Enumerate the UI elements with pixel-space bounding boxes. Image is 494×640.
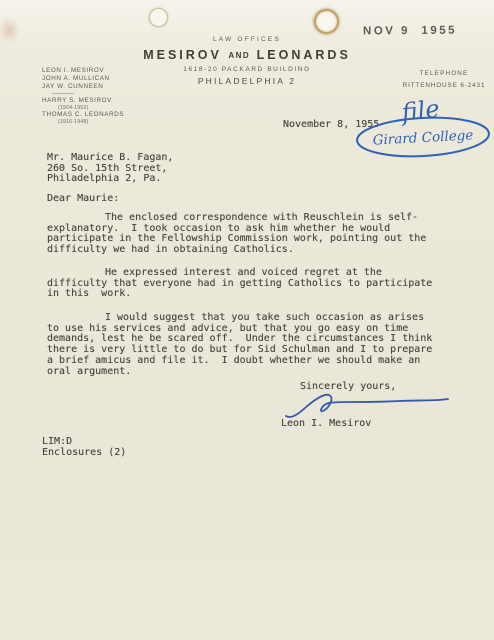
punch-hole xyxy=(314,9,339,34)
firm-name-and: AND xyxy=(228,51,250,60)
handwritten-file-note: file xyxy=(398,94,441,127)
letterhead: LAW OFFICES MESIROV AND LEONARDS 1618-20… xyxy=(132,36,362,86)
paragraph: He expressed interest and voiced regret … xyxy=(47,268,471,300)
signature-stroke xyxy=(286,395,448,417)
firm-city: PHILADELPHIA 2 xyxy=(132,76,362,86)
firm-address: 1618-20 PACKARD BUILDING xyxy=(132,66,362,73)
paragraph: The enclosed correspondence with Reuschl… xyxy=(47,213,471,256)
handwritten-annotation: file Girard College xyxy=(340,84,494,170)
handwritten-circled-note: Girard College xyxy=(372,127,473,148)
firm-name: MESIROV AND LEONARDS xyxy=(132,48,362,62)
telephone-label: TELEPHONE xyxy=(396,70,492,77)
salutation: Dear Maurie: xyxy=(47,194,119,205)
attorney-name: JOHN A. MULLICAN xyxy=(42,75,124,83)
paragraph: I would suggest that you take such occas… xyxy=(47,313,471,377)
firm-name-part2: LEONARDS xyxy=(257,48,351,62)
corner-smudge xyxy=(0,12,24,48)
firm-name-part1: MESIROV xyxy=(143,48,222,62)
attorney-name: HARRY S. MESIROV xyxy=(42,97,124,105)
divider xyxy=(52,93,74,94)
scanned-letter-page: NOV 9 1955 LAW OFFICES MESIROV AND LEONA… xyxy=(0,0,494,640)
signature-name: Leon I. Mesirov xyxy=(281,419,371,430)
attorney-name: LEON I. MESIROV xyxy=(42,67,124,75)
enclosures-note: Enclosures (2) xyxy=(42,448,126,459)
attorney-name: JAY W. CUNNEEN xyxy=(42,83,124,91)
recipient-address: Mr. Maurice B. Fagan, 260 So. 15th Stree… xyxy=(47,153,173,185)
punch-hole xyxy=(149,8,168,27)
attorney-list: LEON I. MESIROV JOHN A. MULLICAN JAY W. … xyxy=(42,67,124,125)
attorney-name: THOMAS C. LEONARDS xyxy=(42,111,124,119)
attorney-years: (1916-1948) xyxy=(42,119,124,125)
law-offices-label: LAW OFFICES xyxy=(132,36,362,43)
received-date-stamp: NOV 9 1955 xyxy=(363,25,457,38)
